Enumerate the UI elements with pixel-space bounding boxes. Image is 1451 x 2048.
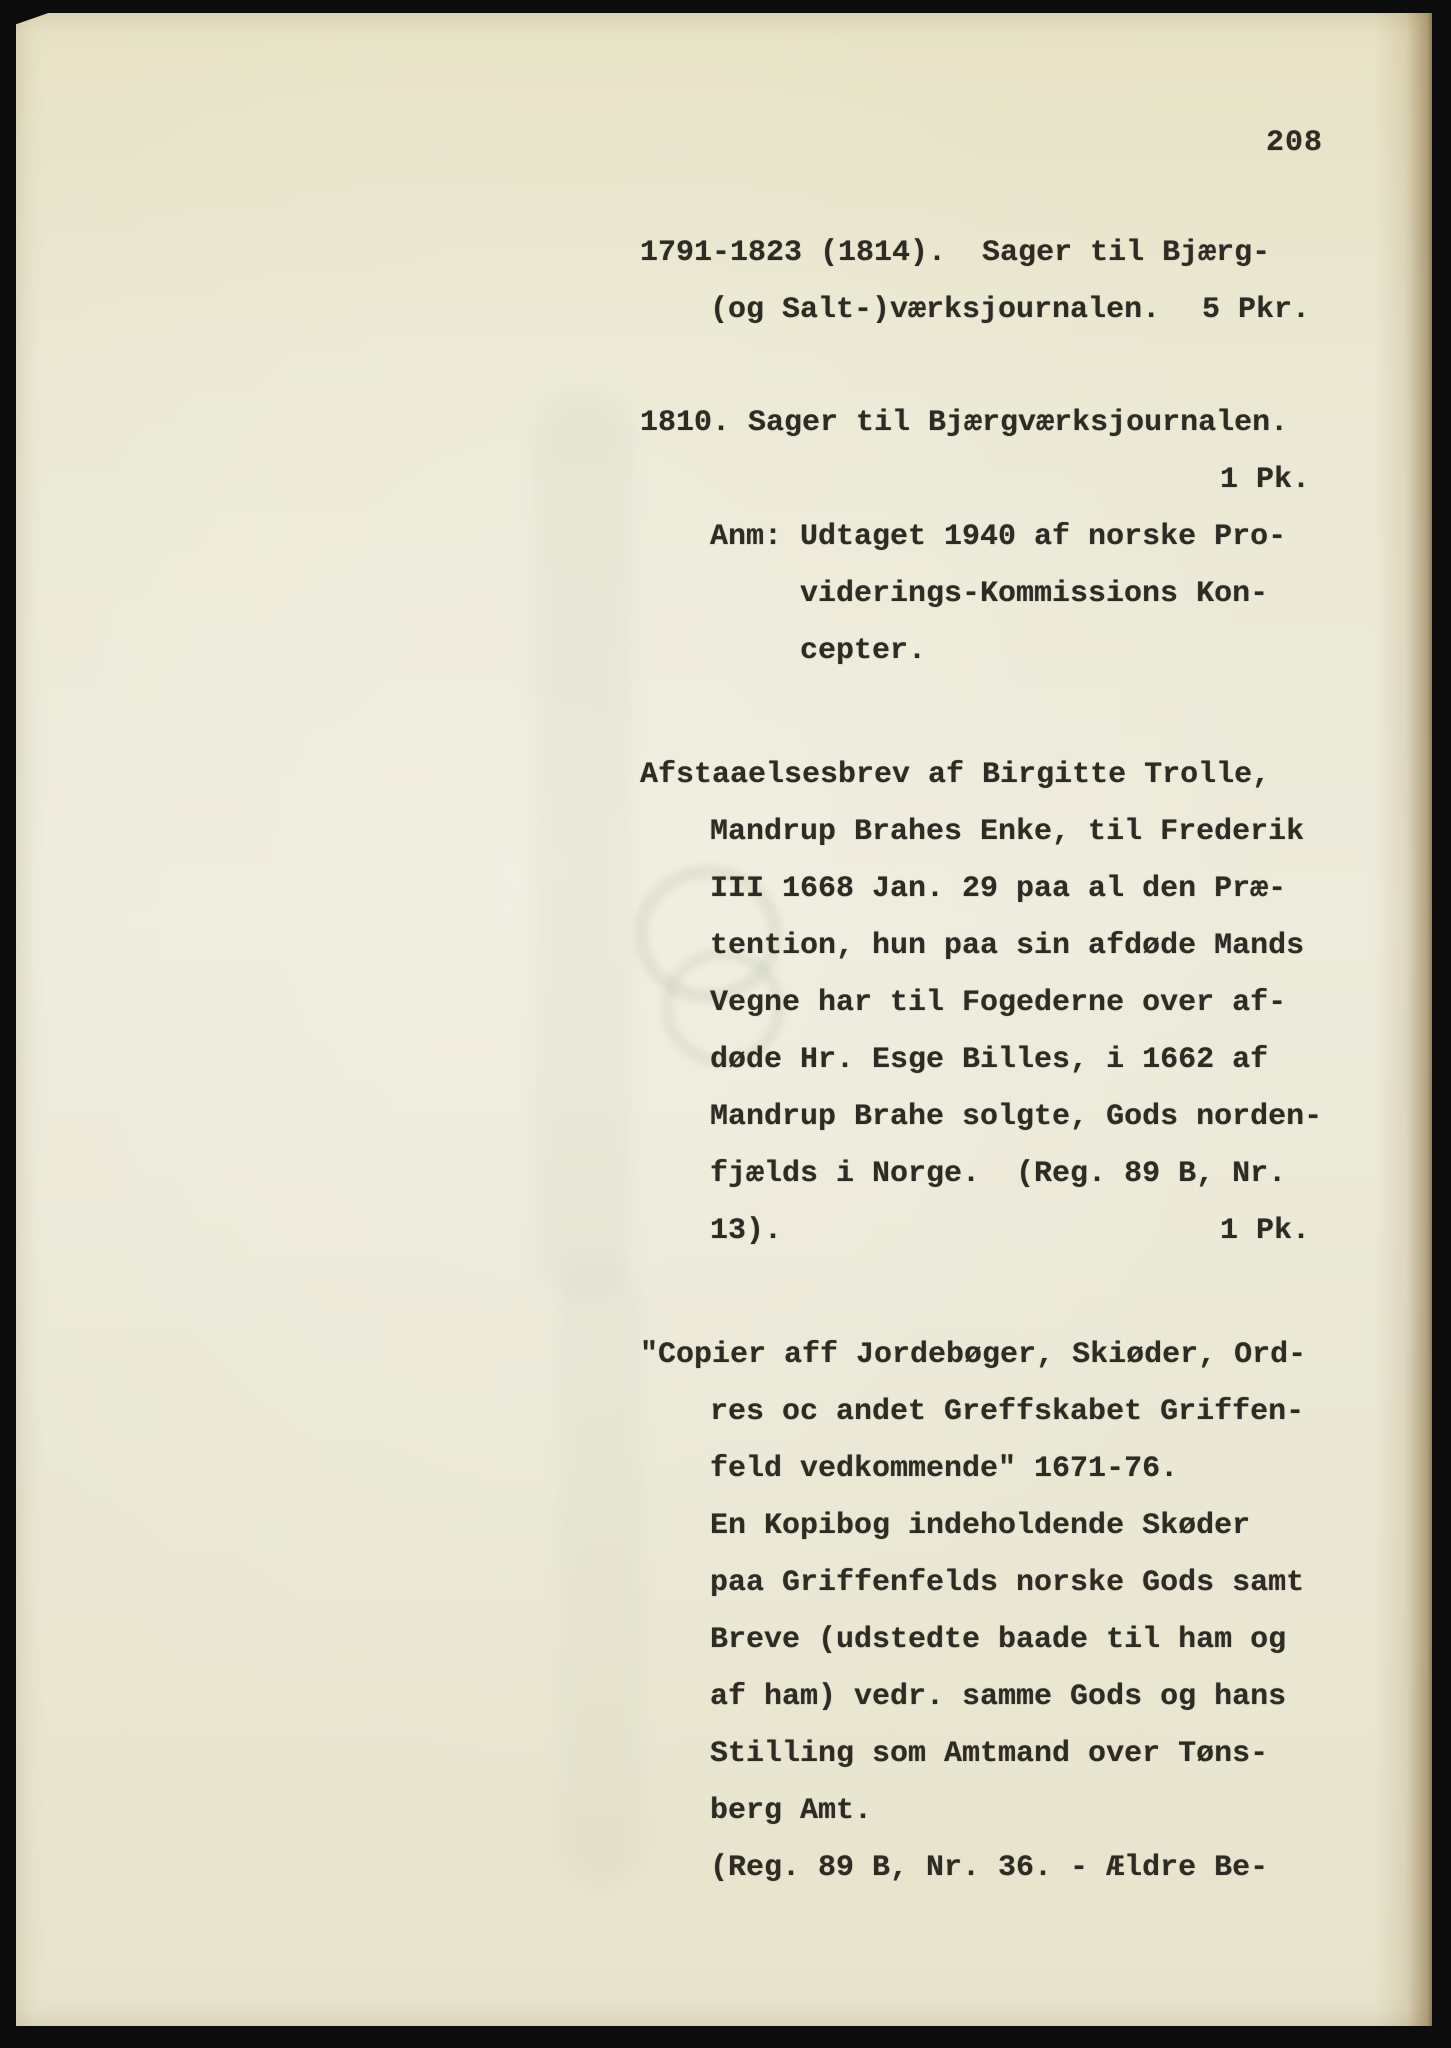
entry-line: Anm: Udtaget 1940 af norske Pro-	[0, 509, 1451, 566]
entry-line: cepter.	[0, 623, 1451, 680]
line-text: Mandrup Brahe solgte, Gods norden-	[710, 1100, 1322, 1134]
line-text: Afstaaelsesbrev af Birgitte Trolle,	[640, 758, 1270, 792]
line-text: cepter.	[800, 634, 926, 668]
entry-line: Mandrup Brahe solgte, Gods norden-	[0, 1089, 1451, 1146]
line-text: viderings-Kommissions Kon-	[800, 577, 1268, 611]
line-text: 1810. Sager til Bjærgværksjournalen.	[640, 406, 1288, 440]
entry-line: III 1668 Jan. 29 paa al den Præ-	[0, 861, 1451, 918]
entry-line: Afstaaelsesbrev af Birgitte Trolle,	[0, 747, 1451, 804]
entry-line: 13).1 Pk.	[0, 1203, 1451, 1260]
entry-line: Breve (udstedte baade til ham og	[0, 1612, 1451, 1669]
catalog-entry: "Copier aff Jordebøger, Skiøder, Ord-res…	[0, 1327, 1451, 1897]
entry-line: berg Amt.	[0, 1783, 1451, 1840]
entry-line: døde Hr. Esge Billes, i 1662 af	[0, 1032, 1451, 1089]
quantity-label: 1 Pk.	[1220, 1203, 1310, 1260]
entry-line: res oc andet Greffskabet Griffen-	[0, 1384, 1451, 1441]
line-text: res oc andet Greffskabet Griffen-	[710, 1395, 1304, 1429]
entry-line: 1791-1823 (1814). Sager til Bjærg-	[0, 225, 1451, 282]
line-text: Breve (udstedte baade til ham og	[710, 1623, 1286, 1657]
entry-line: (og Salt-)værksjournalen.5 Pkr.	[0, 282, 1451, 339]
entry-line: (Reg. 89 B, Nr. 36. - Ældre Be-	[0, 1840, 1451, 1897]
line-text: En Kopibog indeholdende Skøder	[710, 1509, 1250, 1543]
entry-line: "Copier aff Jordebøger, Skiøder, Ord-	[0, 1327, 1451, 1384]
line-text: berg Amt.	[710, 1794, 872, 1828]
line-text: "Copier aff Jordebøger, Skiøder, Ord-	[640, 1338, 1306, 1372]
line-text: 1791-1823 (1814). Sager til Bjærg-	[640, 236, 1270, 270]
entry-line: paa Griffenfelds norske Gods samt	[0, 1555, 1451, 1612]
typewritten-content: 208 1791-1823 (1814). Sager til Bjærg-(o…	[0, 0, 1451, 2048]
entry-line: tention, hun paa sin afdøde Mands	[0, 918, 1451, 975]
line-text: Anm: Udtaget 1940 af norske Pro-	[710, 520, 1286, 554]
line-text: af ham) vedr. samme Gods og hans	[710, 1680, 1286, 1714]
entry-line: 1810. Sager til Bjærgværksjournalen.	[0, 395, 1451, 452]
line-text: Mandrup Brahes Enke, til Frederik	[710, 815, 1304, 849]
line-text: Stilling som Amtmand over Tøns-	[710, 1737, 1268, 1771]
line-text: døde Hr. Esge Billes, i 1662 af	[710, 1043, 1268, 1077]
entry-line: viderings-Kommissions Kon-	[0, 566, 1451, 623]
entry-line: fjælds i Norge. (Reg. 89 B, Nr.	[0, 1146, 1451, 1203]
entry-line: 1 Pk.	[0, 452, 1451, 509]
line-text: (Reg. 89 B, Nr. 36. - Ældre Be-	[710, 1851, 1268, 1885]
line-text: feld vedkommende" 1671-76.	[710, 1452, 1178, 1486]
line-text: 13).	[710, 1214, 782, 1248]
line-text: (og Salt-)værksjournalen.	[710, 293, 1160, 327]
line-text: fjælds i Norge. (Reg. 89 B, Nr.	[710, 1157, 1286, 1191]
line-text: Vegne har til Fogederne over af-	[710, 986, 1286, 1020]
line-text: paa Griffenfelds norske Gods samt	[710, 1566, 1304, 1600]
catalog-entry: Afstaaelsesbrev af Birgitte Trolle,Mandr…	[0, 747, 1451, 1260]
catalog-entry: 1810. Sager til Bjærgværksjournalen.1 Pk…	[0, 395, 1451, 680]
quantity-label: 5 Pkr.	[1202, 282, 1310, 339]
quantity-label: 1 Pk.	[1220, 452, 1310, 509]
entry-line: af ham) vedr. samme Gods og hans	[0, 1669, 1451, 1726]
entry-line: En Kopibog indeholdende Skøder	[0, 1498, 1451, 1555]
entry-line: feld vedkommende" 1671-76.	[0, 1441, 1451, 1498]
page-number: 208	[1266, 126, 1323, 160]
catalog-entry: 1791-1823 (1814). Sager til Bjærg-(og Sa…	[0, 225, 1451, 339]
entry-line: Mandrup Brahes Enke, til Frederik	[0, 804, 1451, 861]
line-text: III 1668 Jan. 29 paa al den Præ-	[710, 872, 1286, 906]
catalog-entries: 1791-1823 (1814). Sager til Bjærg-(og Sa…	[0, 225, 1451, 1897]
entry-line: Stilling som Amtmand over Tøns-	[0, 1726, 1451, 1783]
entry-line: Vegne har til Fogederne over af-	[0, 975, 1451, 1032]
line-text: tention, hun paa sin afdøde Mands	[710, 929, 1304, 963]
